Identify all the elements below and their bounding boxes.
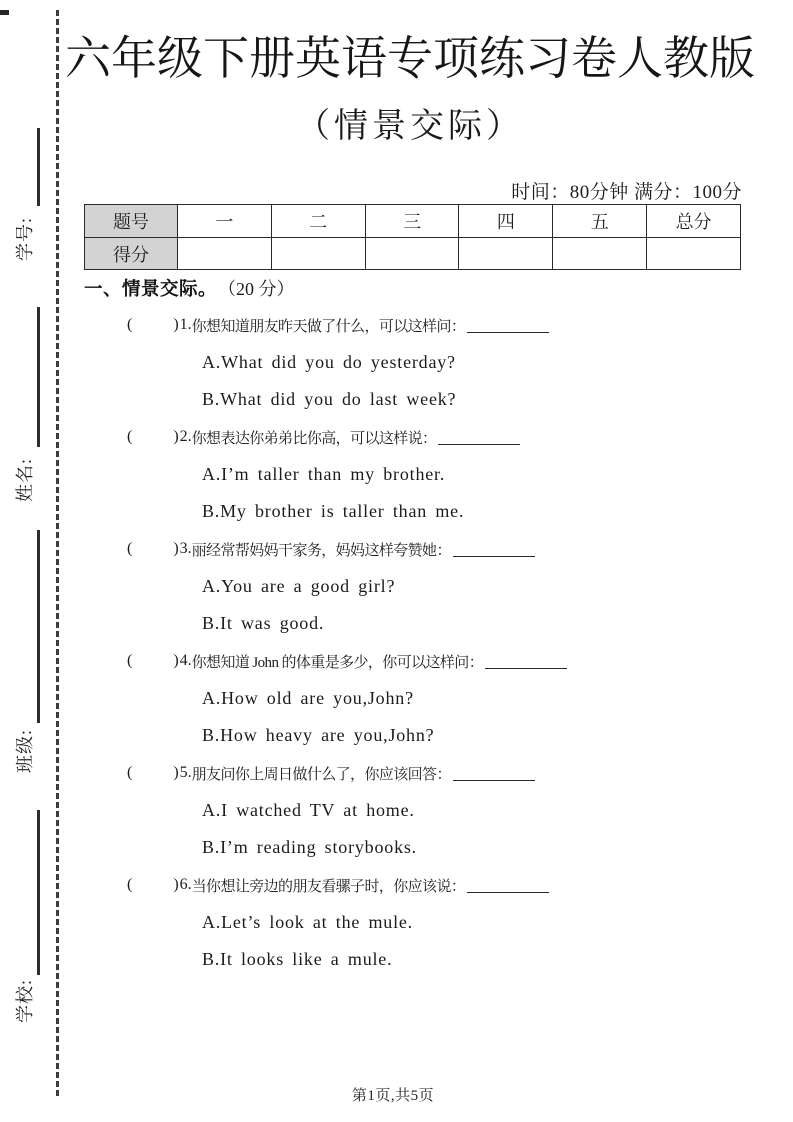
answer-paren-open: ( [127, 540, 132, 558]
school-label-text: 学校: [11, 979, 37, 1023]
answer-paren-close: ) [173, 540, 178, 558]
score-table: 题号 一 二 三 四 五 总分 得分 [84, 204, 741, 270]
question-number: 1. [180, 316, 192, 334]
answer-paren-open: ( [127, 428, 132, 446]
section-heading-points: （20 分） [218, 275, 295, 301]
score-table-col-1: 一 [178, 205, 272, 238]
question-4-option-b: B.How heavy are you,John? [84, 717, 760, 754]
question-stem: 朋友问你上周日做什么了，你应该回答： [192, 763, 451, 784]
class-label-text: 班级: [11, 729, 37, 773]
option-text: B.It was good. [202, 613, 324, 634]
answer-paren-close: ) [173, 316, 178, 334]
option-text: A.I’m taller than my brother. [202, 464, 445, 485]
question-6-option-b: B.It looks like a mule. [84, 941, 760, 978]
option-text: B.How heavy are you,John? [202, 725, 434, 746]
section-heading: 一、情景交际。（20 分） [84, 269, 760, 306]
score-cell-5 [553, 238, 647, 270]
option-text: A.Let’s look at the mule. [202, 912, 413, 933]
score-cell-2 [271, 238, 365, 270]
question-3-option-b: B.It was good. [84, 605, 760, 642]
score-table-score-row: 得分 [85, 238, 741, 270]
school-blank-line [37, 810, 40, 975]
score-table-col-2: 二 [271, 205, 365, 238]
answer-paren-close: ) [173, 428, 178, 446]
name-label-text: 姓名: [11, 458, 37, 502]
answer-paren-open: ( [127, 876, 132, 894]
score-table-col-total: 总分 [647, 205, 741, 238]
answer-paren-close: ) [173, 764, 178, 782]
class-blank-line [37, 530, 40, 723]
question-number: 4. [180, 652, 192, 670]
name-blank-line [37, 307, 40, 447]
score-row-label: 得分 [85, 238, 178, 270]
question-2: ()2.你想表达你弟弟比你高，可以这样说： [84, 418, 760, 455]
answer-paren-close: ) [173, 876, 178, 894]
question-6-option-a: A.Let’s look at the mule. [84, 904, 760, 941]
fill-in-blank [438, 429, 520, 445]
fill-in-blank [485, 653, 567, 669]
question-4-option-a: A.How old are you,John? [84, 680, 760, 717]
option-text: A.How old are you,John? [202, 688, 414, 709]
fill-in-blank [467, 877, 549, 893]
question-1-option-a: A.What did you do yesterday? [84, 344, 760, 381]
score-table-header-row: 题号 一 二 三 四 五 总分 [85, 205, 741, 238]
option-text: B.My brother is taller than me. [202, 501, 464, 522]
question-stem: 丽经常帮妈妈干家务，妈妈这样夸赞她： [192, 539, 451, 560]
question-5-option-a: A.I watched TV at home. [84, 792, 760, 829]
question-stem: 你想知道朋友昨天做了什么，可以这样问： [192, 315, 466, 336]
question-3: ()3.丽经常帮妈妈干家务，妈妈这样夸赞她： [84, 530, 760, 567]
question-5: ()5.朋友问你上周日做什么了，你应该回答： [84, 754, 760, 791]
question-stem: 当你想让旁边的朋友看骡子时，你应该说： [192, 875, 466, 896]
option-text: A.What did you do yesterday? [202, 352, 456, 373]
page-footer: 第1页,共5页 [0, 1084, 786, 1105]
question-stem: 你想知道 John 的体重是多少，你可以这样问： [192, 651, 483, 672]
answer-paren-open: ( [127, 316, 132, 334]
question-3-option-a: A.You are a good girl? [84, 568, 760, 605]
question-number: 5. [180, 764, 192, 782]
question-2-option-a: A.I’m taller than my brother. [84, 456, 760, 493]
student-id-label-text: 学号: [11, 217, 37, 261]
question-1-option-b: B.What did you do last week? [84, 381, 760, 418]
question-number: 6. [180, 876, 192, 894]
page-subtitle: （情景交际） [60, 98, 760, 147]
section-heading-bold: 一、情景交际。 [84, 275, 217, 301]
option-text: A.You are a good girl? [202, 576, 395, 597]
page-title: 六年级下册英语专项练习卷人教版 [60, 22, 760, 88]
score-table-col-3: 三 [365, 205, 459, 238]
answer-paren-open: ( [127, 764, 132, 782]
option-text: B.I’m reading storybooks. [202, 837, 417, 858]
question-6: ()6.当你想让旁边的朋友看骡子时，你应该说： [84, 867, 760, 904]
question-list: 一、情景交际。（20 分） ()1.你想知道朋友昨天做了什么，可以这样问： A.… [84, 269, 760, 979]
fill-in-blank [453, 765, 535, 781]
score-table-col-4: 四 [459, 205, 553, 238]
question-5-option-b: B.I’m reading storybooks. [84, 829, 760, 866]
option-text: A.I watched TV at home. [202, 800, 415, 821]
score-cell-3 [365, 238, 459, 270]
answer-paren-close: ) [173, 652, 178, 670]
option-text: B.It looks like a mule. [202, 949, 392, 970]
question-number: 3. [180, 540, 192, 558]
answer-paren-open: ( [127, 652, 132, 670]
question-4: ()4.你想知道 John 的体重是多少，你可以这样问： [84, 642, 760, 679]
seal-line [56, 10, 59, 1096]
fill-in-blank [453, 541, 535, 557]
score-table-col-5: 五 [553, 205, 647, 238]
exam-page: 学号: 姓名: 班级: 学校: 六年级下册英语专项练习卷人教版 （情景交际） 时… [0, 0, 793, 1122]
score-cell-4 [459, 238, 553, 270]
student-id-blank-line [37, 128, 40, 206]
option-text: B.What did you do last week? [202, 389, 456, 410]
question-stem: 你想表达你弟弟比你高，可以这样说： [192, 427, 437, 448]
exam-time-score-info: 时间：80分钟 满分：100分 [84, 177, 742, 204]
question-number: 2. [180, 428, 192, 446]
score-cell-total [647, 238, 741, 270]
score-table-corner: 题号 [85, 205, 178, 238]
question-1: ()1.你想知道朋友昨天做了什么，可以这样问： [84, 306, 760, 343]
score-cell-1 [178, 238, 272, 270]
question-2-option-b: B.My brother is taller than me. [84, 493, 760, 530]
scan-artifact [0, 10, 9, 15]
fill-in-blank [467, 317, 549, 333]
